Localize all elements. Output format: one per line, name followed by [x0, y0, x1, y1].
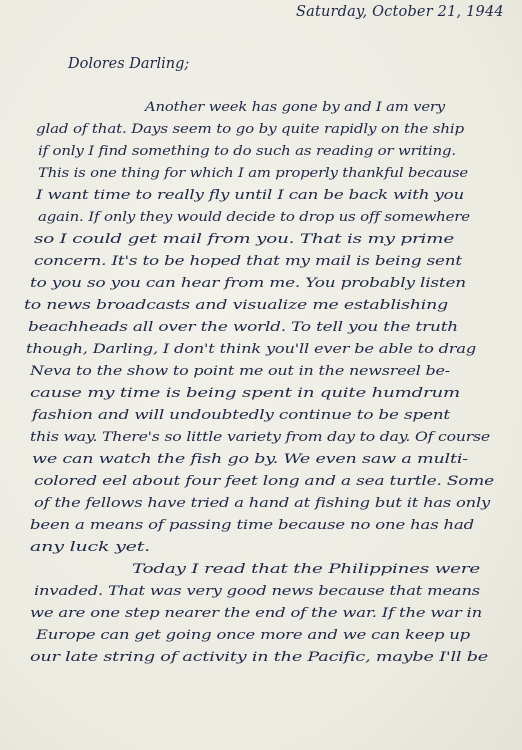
letter-line: beachheads all over the world. To tell y…	[28, 320, 458, 335]
letter-line: again. If only they would decide to drop…	[38, 210, 470, 225]
letter-line: This is one thing for which I am properl…	[38, 166, 468, 181]
letter-page: Saturday, October 21, 1944 Dolores Darli…	[0, 0, 522, 750]
letter-line: we can watch the fish go by. We even saw…	[32, 452, 468, 467]
letter-line: colored eel about four feet long and a s…	[34, 474, 494, 489]
letter-line: Neva to the show to point me out in the …	[30, 364, 450, 379]
letter-line: been a means of passing time because no …	[30, 518, 474, 533]
letter-line: of the fellows have tried a hand at fish…	[34, 496, 490, 511]
letter-date: Saturday, October 21, 1944	[296, 4, 504, 20]
letter-line: though, Darling, I don't think you'll ev…	[26, 342, 476, 357]
letter-line: our late string of activity in the Pacif…	[30, 650, 488, 665]
letter-line: concern. It's to be hoped that my mail i…	[34, 254, 462, 269]
letter-line: Europe can get going once more and we ca…	[36, 628, 470, 643]
letter-salutation: Dolores Darling;	[68, 56, 189, 72]
letter-line: Today I read that the Philippines were	[132, 562, 480, 577]
letter-line: I want time to really fly until I can be…	[36, 188, 464, 203]
letter-line: we are one step nearer the end of the wa…	[30, 606, 482, 621]
letter-line: fashion and will undoubtedly continue to…	[32, 408, 450, 423]
letter-line: if only I find something to do such as r…	[38, 144, 456, 159]
letter-line: invaded. That was very good news because…	[34, 584, 480, 599]
letter-line: so I could get mail from you. That is my…	[34, 232, 454, 247]
letter-line: any luck yet.	[30, 540, 150, 555]
letter-line: to you so you can hear from me. You prob…	[30, 276, 466, 291]
letter-line: glad of that. Days seem to go by quite r…	[36, 122, 464, 137]
letter-line: to news broadcasts and visualize me esta…	[24, 298, 448, 313]
letter-line: Another week has gone by and I am very	[145, 100, 445, 115]
letter-line: cause my time is being spent in quite hu…	[30, 386, 460, 401]
letter-line: this way. There's so little variety from…	[30, 430, 490, 445]
